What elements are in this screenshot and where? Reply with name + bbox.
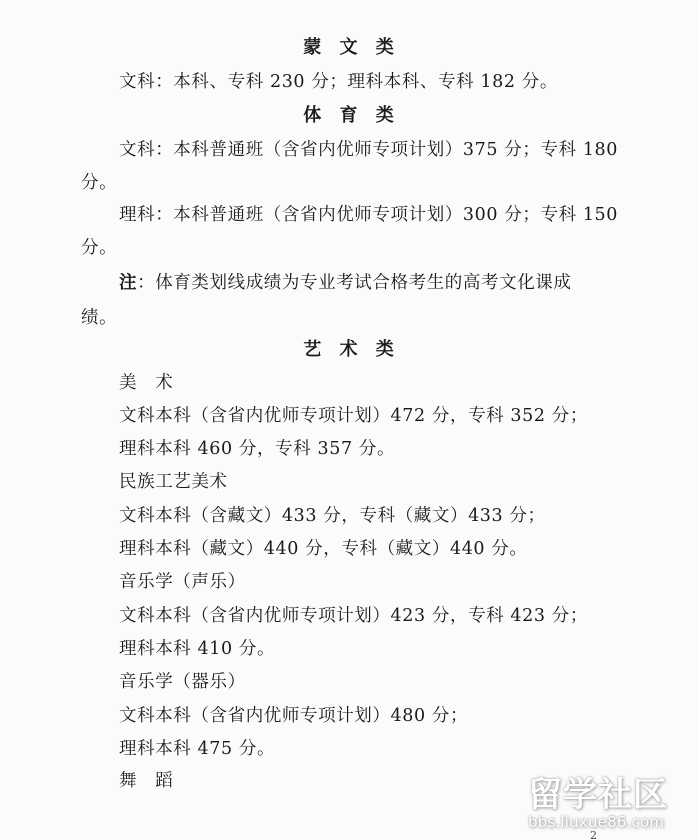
subsection-title-instrumental-music: 音乐学（器乐） [119,671,246,693]
subsection-title-vocal-music: 音乐学（声乐） [119,571,246,593]
document-page: 蒙 文 类 文科：本科、专科 230 分；理科本科、专科 182 分。 体 育 … [0,0,697,840]
score-line-continuation: 分。 [81,237,117,259]
score-line: 理科本科（藏文）440 分，专科（藏文）440 分。 [119,538,528,560]
note-label: 注 [119,273,137,293]
score-line: 文科本科（含省内优师专项计划）423 分，专科 423 分； [119,605,588,627]
score-line: 文科本科（含省内优师专项计划）472 分，专科 352 分； [119,405,588,427]
score-line: 文科：本科普通班（含省内优师专项计划）375 分；专科 180 [119,139,618,161]
score-line: 理科本科 475 分。 [119,738,275,760]
subsection-title-ethnic-crafts: 民族工艺美术 [119,471,228,493]
score-line: 文科：本科、专科 230 分；理科本科、专科 182 分。 [119,71,558,93]
section-heading-mongolian: 蒙 文 类 [0,37,697,59]
score-line: 文科本科（含藏文）433 分，专科（藏文）433 分； [119,505,546,527]
section-heading-arts: 艺 术 类 [0,339,697,361]
watermark-url: bbs.liuxue86.com [528,813,688,831]
section-heading-sports: 体 育 类 [0,105,697,127]
page-number: 2 [590,829,597,840]
score-line: 文科本科（含省内优师专项计划）480 分； [119,705,468,727]
score-line: 理科本科 460 分，专科 357 分。 [119,438,395,460]
watermark-logo-text: 留学社区 [528,777,688,813]
score-line-continuation: 分。 [81,172,117,194]
note-line: 注：体育类划线成绩为专业考试合格考生的高考文化课成 [119,272,572,294]
score-line: 理科本科 410 分。 [119,638,275,660]
note-text: ：体育类划线成绩为专业考试合格考生的高考文化课成 [137,273,571,293]
subsection-title-dance: 舞 蹈 [119,770,173,792]
score-line: 理科：本科普通班（含省内优师专项计划）300 分；专科 150 [119,204,618,226]
note-continuation: 绩。 [81,307,117,329]
subsection-title-fine-arts: 美 术 [119,372,173,394]
site-watermark: 留学社区 bbs.liuxue86.com [528,777,688,835]
